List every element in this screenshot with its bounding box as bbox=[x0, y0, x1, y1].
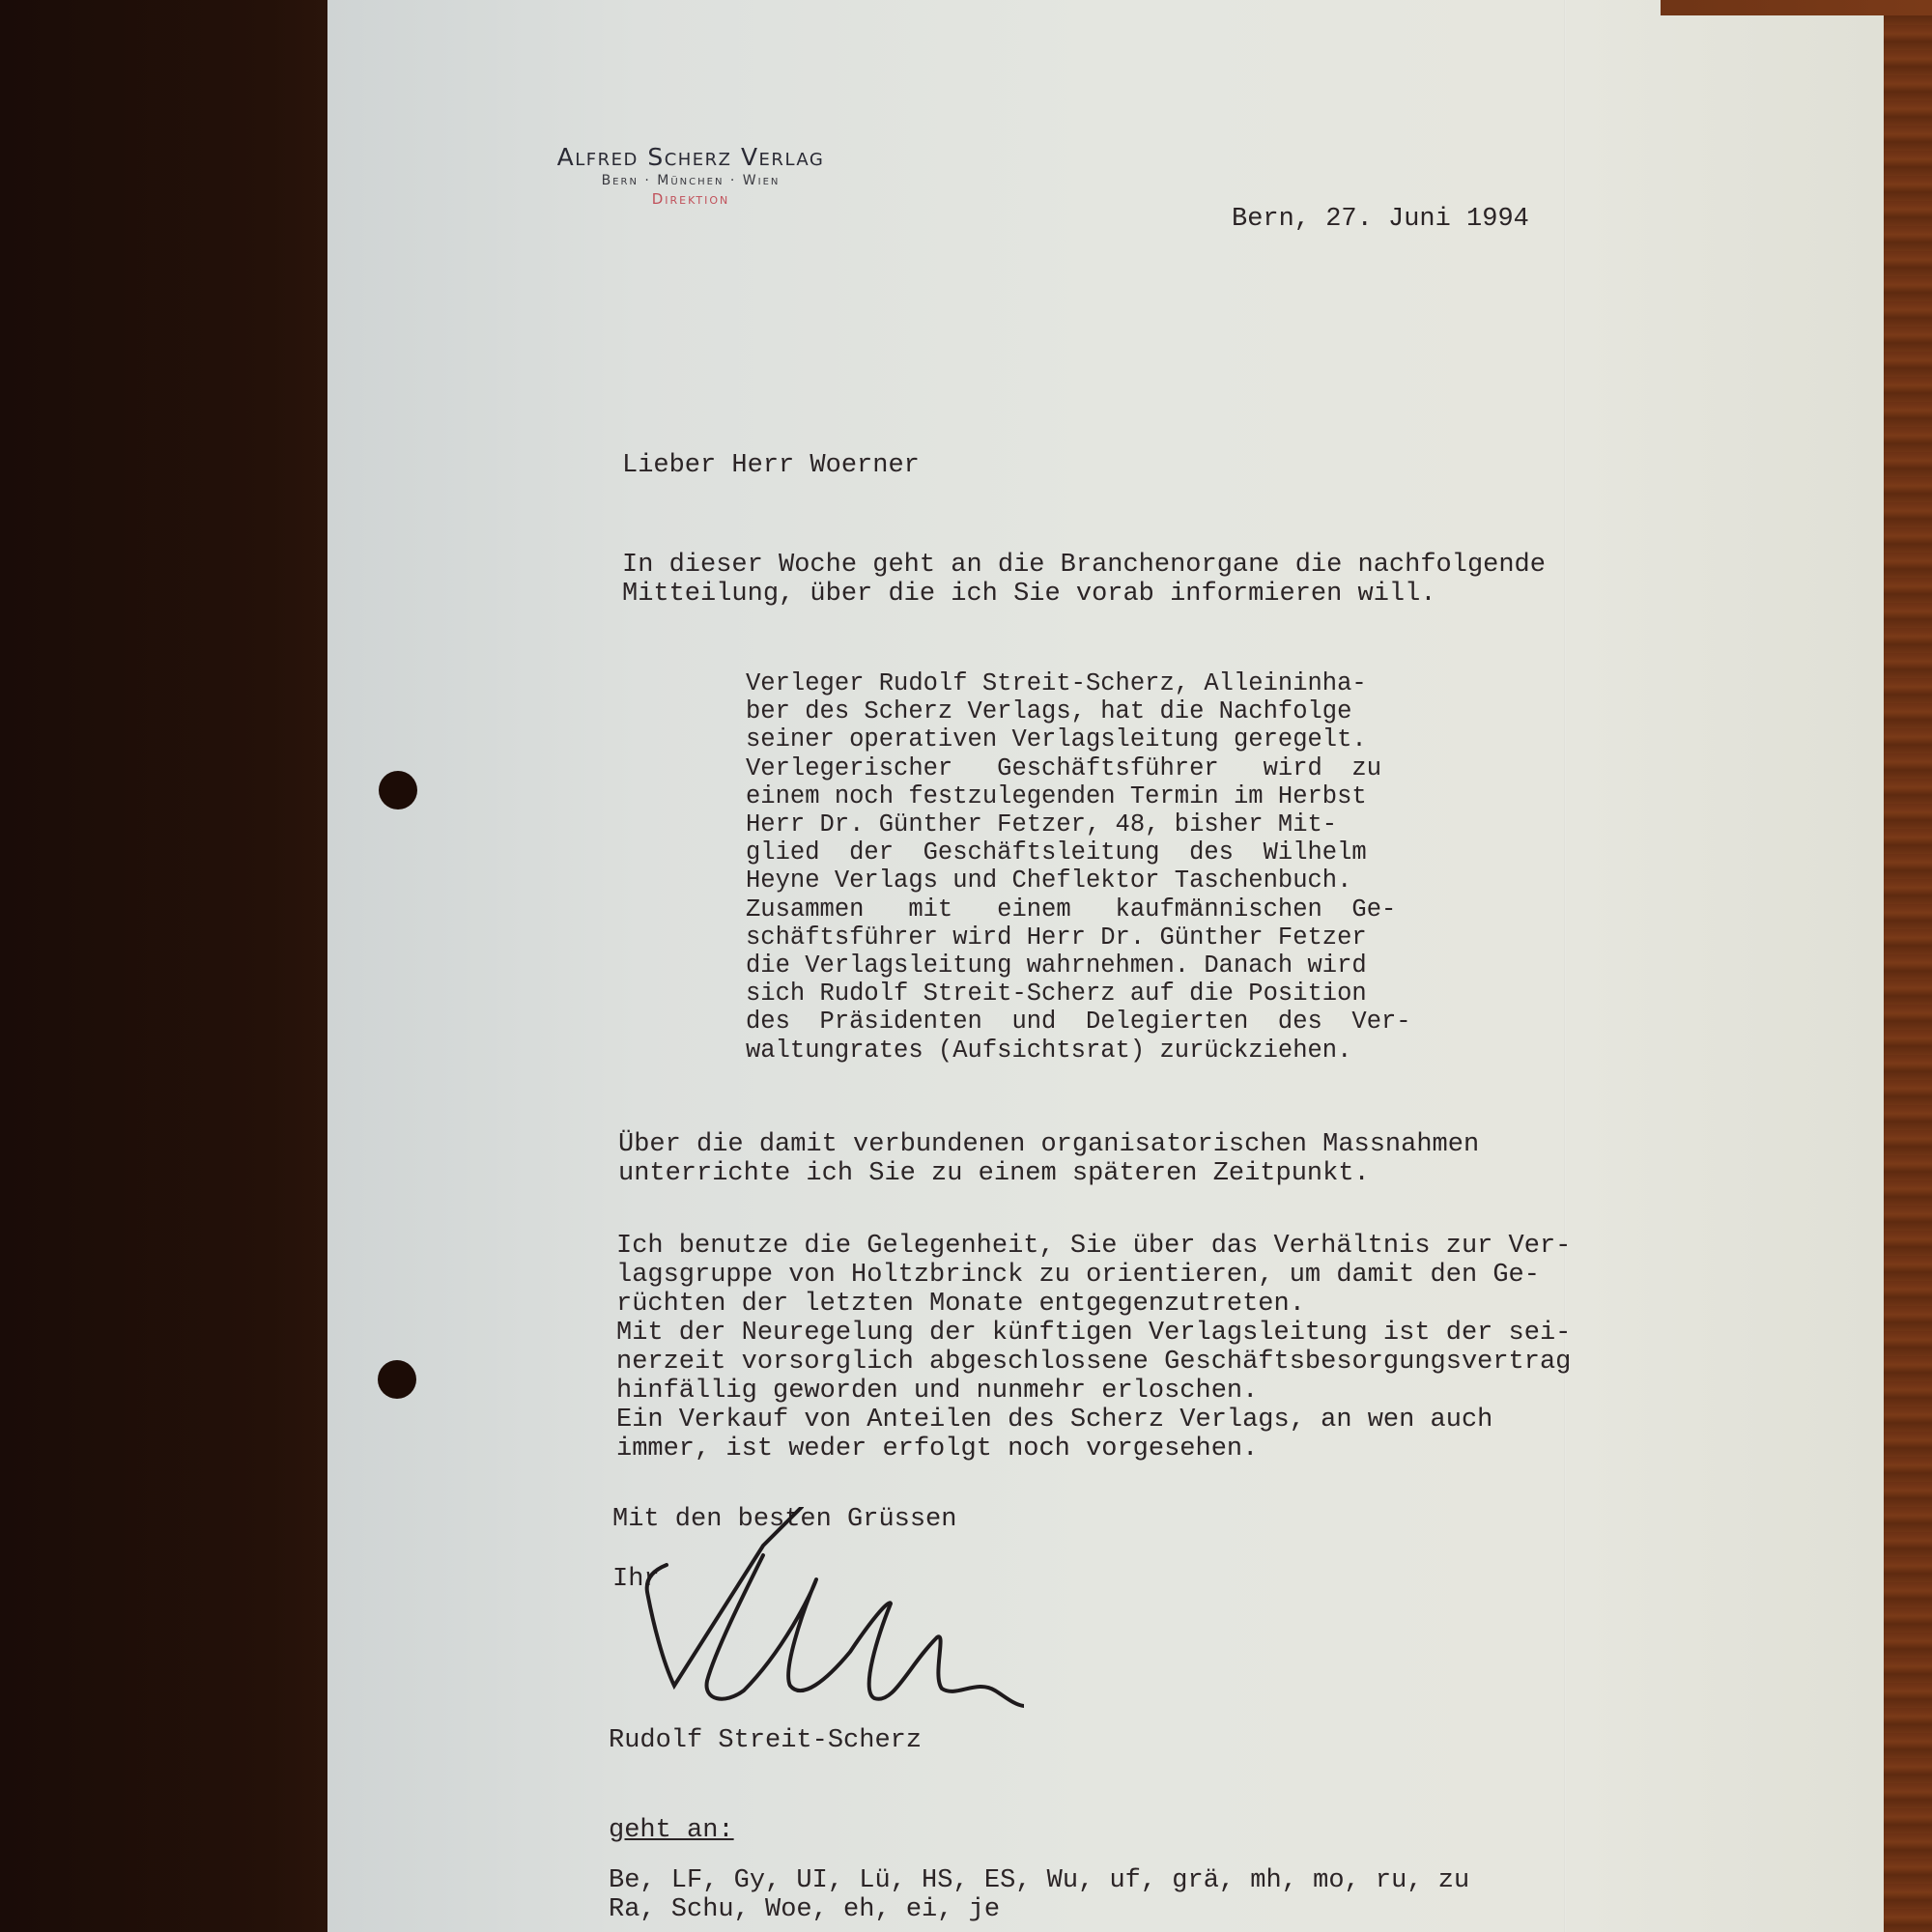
announcement-block: Verleger Rudolf Streit-Scherz, Alleininh… bbox=[746, 669, 1411, 1065]
handwritten-signature bbox=[618, 1507, 1024, 1719]
salutation: Lieber Herr Woerner bbox=[622, 451, 920, 480]
letterhead: Alfred Scherz Verlag Bern · München · Wi… bbox=[517, 143, 865, 208]
signer-name: Rudolf Streit-Scherz bbox=[609, 1726, 922, 1755]
punch-hole-bottom bbox=[378, 1360, 416, 1399]
distribution-list-line-1: Be, LF, Gy, UI, Lü, HS, ES, Wu, uf, grä,… bbox=[609, 1866, 1469, 1895]
distribution-list-line-2: Ra, Schu, Woe, eh, ei, je bbox=[609, 1895, 1000, 1924]
punch-hole-top bbox=[379, 771, 417, 810]
paragraph-organisational: Über die damit verbundenen organisatoris… bbox=[618, 1130, 1479, 1188]
company-department: Direktion bbox=[517, 190, 865, 208]
paragraph-holtzbrinck: Ich benutze die Gelegenheit, Sie über da… bbox=[616, 1232, 1571, 1463]
date-line: Bern, 27. Juni 1994 bbox=[1232, 205, 1529, 234]
distribution-label: geht an: bbox=[609, 1816, 734, 1845]
wooden-table-background bbox=[1884, 0, 1932, 1932]
paper-fold-crease bbox=[1564, 0, 1566, 1932]
company-name: Alfred Scherz Verlag bbox=[517, 143, 865, 171]
intro-paragraph: In dieser Woche geht an die Branchenorga… bbox=[622, 551, 1546, 609]
company-cities: Bern · München · Wien bbox=[517, 173, 865, 188]
